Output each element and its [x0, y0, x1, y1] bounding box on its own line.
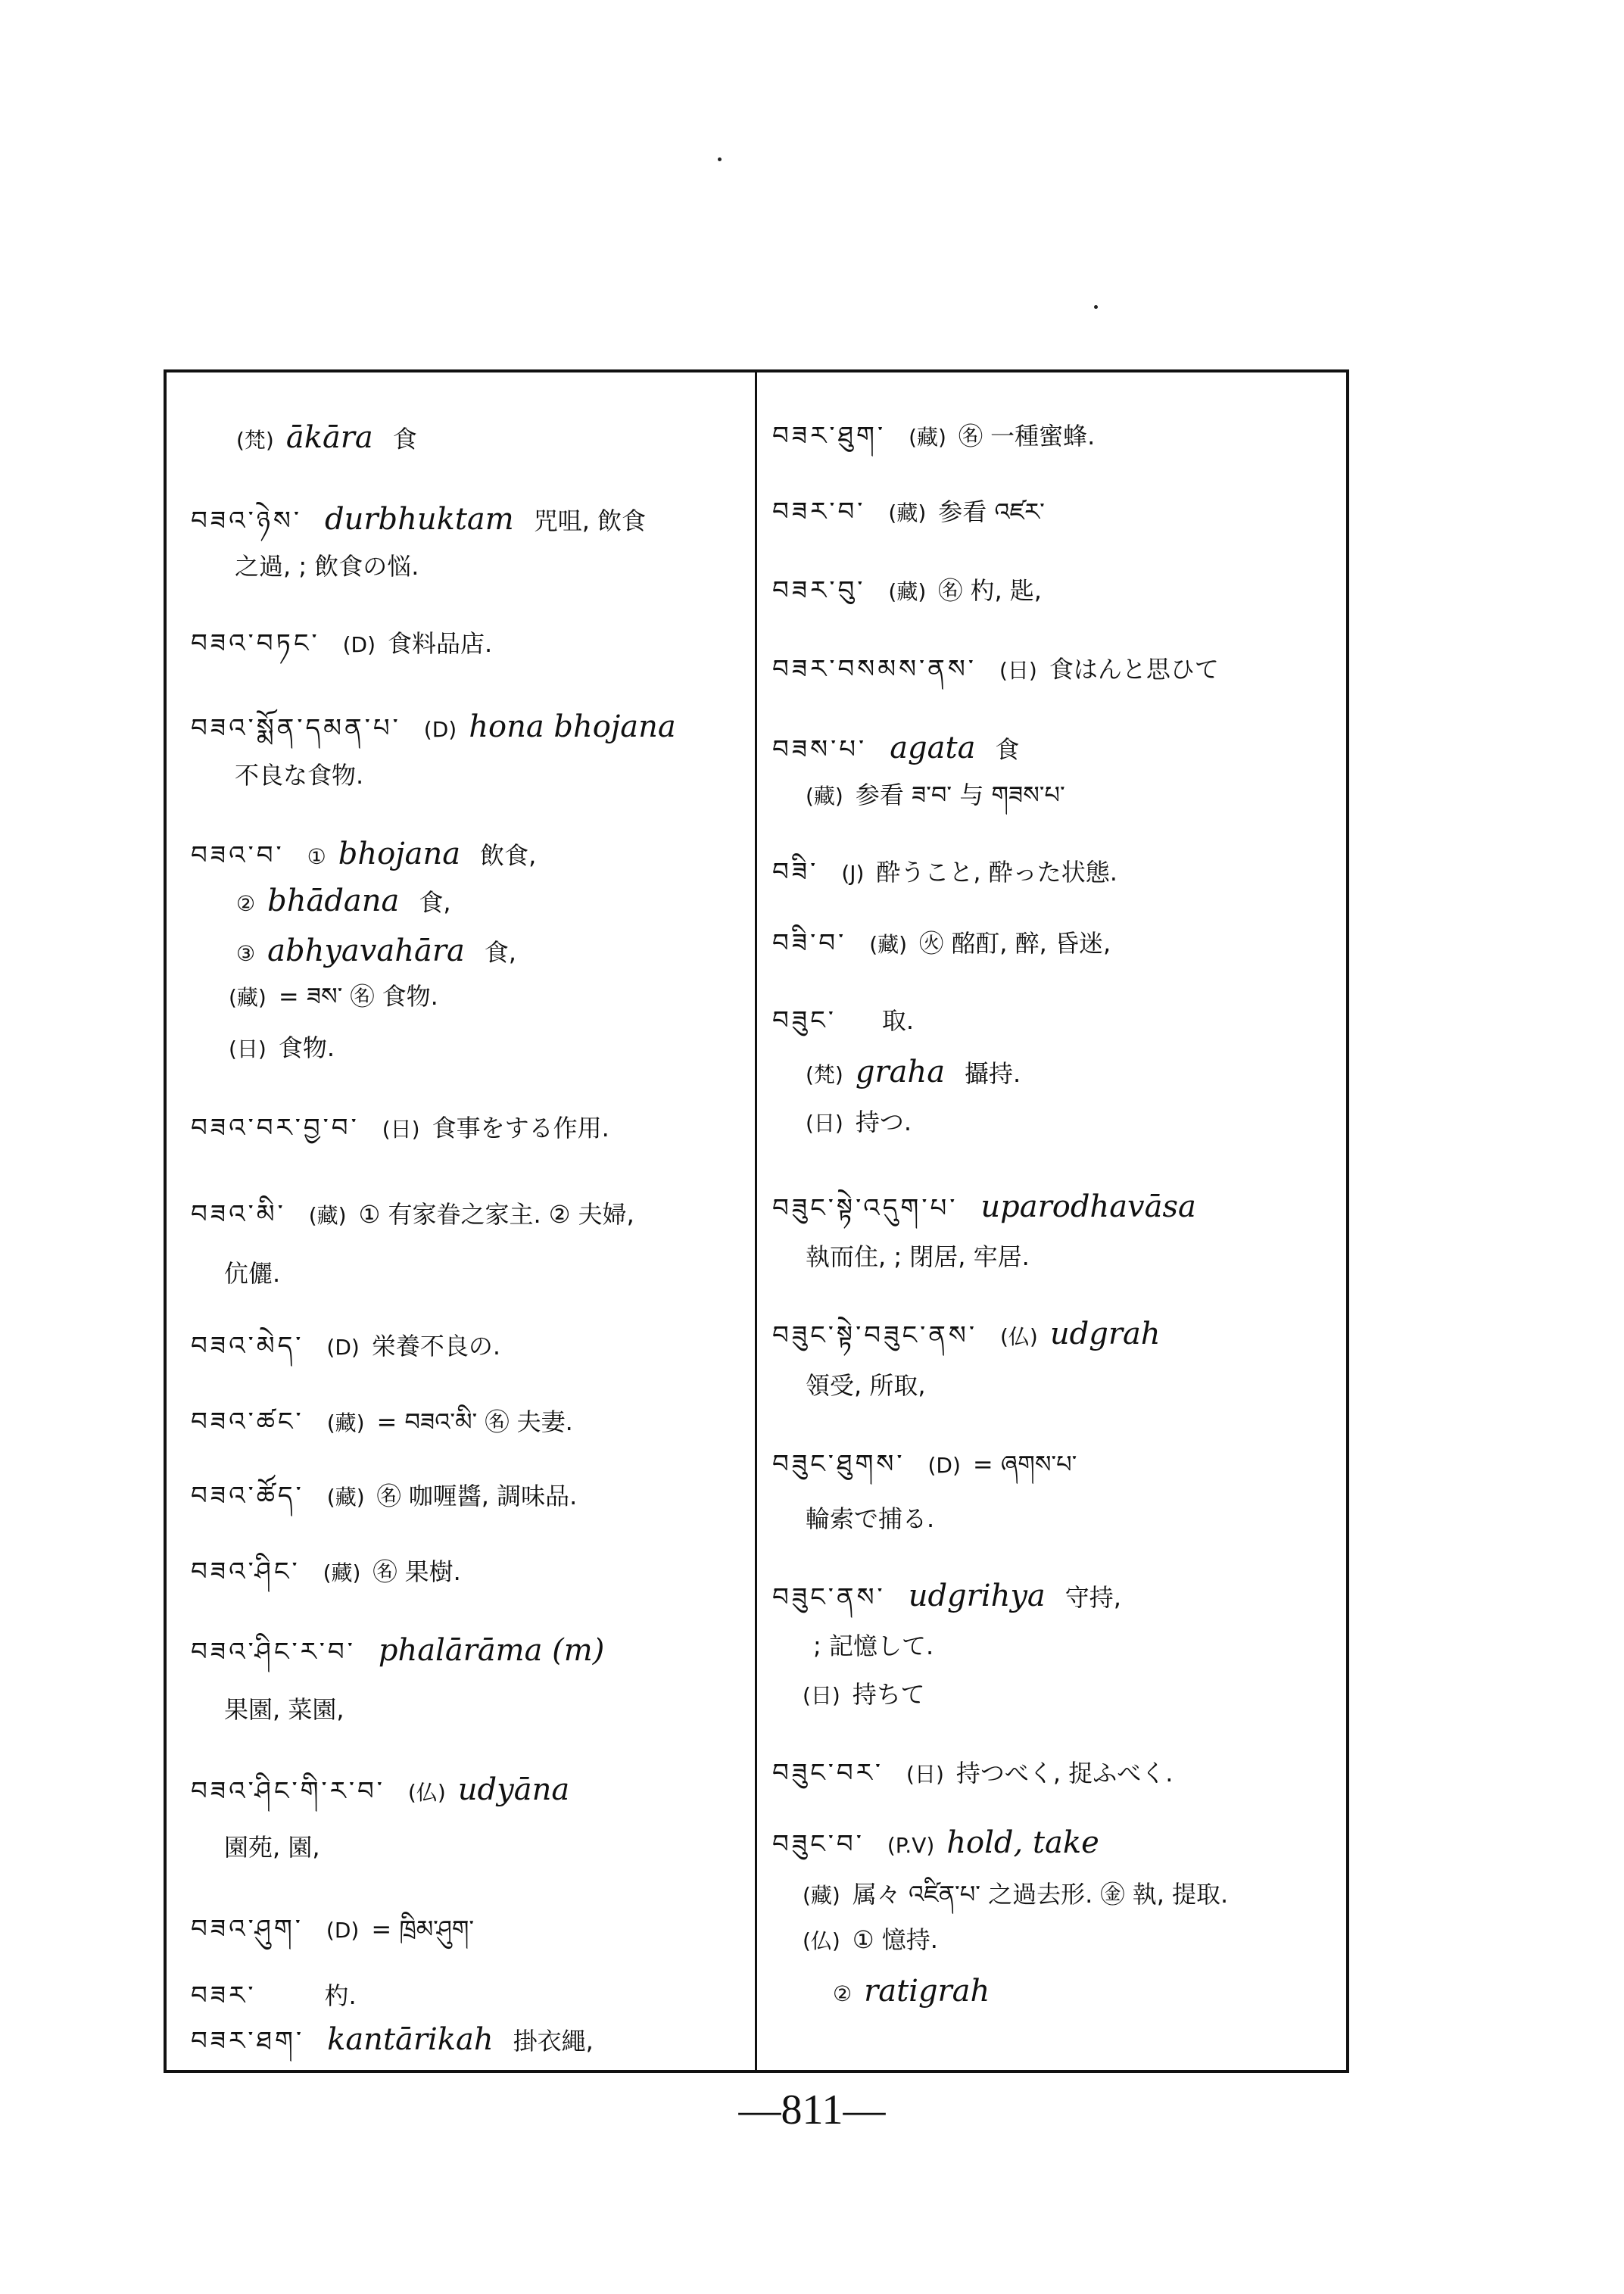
- gloss: ① 憶持.: [853, 1925, 938, 1954]
- tibetan-headword: བཟུང་སྟེ་བཟུང་ནས་: [772, 1320, 977, 1351]
- tibetan-headword: བཟའ་བ་: [191, 840, 285, 871]
- entry-line: བཟི་བ་(藏)㊋ 酩酊, 醉, 昏迷,: [772, 925, 1111, 963]
- entry-line: བཟའ་ཚང་(藏)= བཟའ་མི་ ㊔ 夫妻.: [191, 1404, 573, 1442]
- tibetan-headword: བཟའ་བཏང་: [191, 628, 320, 659]
- entry-tag: ③: [236, 941, 255, 966]
- gloss: 属々 འཛིན་པ་ 之過去形. ㊎ 執, 提取.: [853, 1880, 1228, 1909]
- entry-line: 輪索で捕る.: [806, 1501, 934, 1537]
- entry-tag: (藏): [309, 1203, 347, 1228]
- entry-line: བཟུང་བར་(日)持つべく, 捉ふべく.: [772, 1755, 1173, 1793]
- tibetan-headword: བཟི་: [772, 857, 818, 887]
- entry-tag: (藏): [327, 1410, 365, 1435]
- sanskrit-term: hold, take: [946, 1825, 1099, 1860]
- sanskrit-term: ākāra: [286, 420, 373, 455]
- entry-line: 領受, 所取,: [806, 1367, 926, 1404]
- entry-tag: (梵): [236, 428, 274, 453]
- entry-line: ②bhādana食,: [236, 883, 451, 922]
- sanskrit-term: phalārāma (m): [379, 1633, 604, 1668]
- tibetan-headword: བཟར་ཐུག་: [772, 421, 886, 451]
- entry-line: 果園, 菜園,: [224, 1691, 344, 1728]
- entry-line: (仏)① 憶持.: [803, 1922, 938, 1959]
- entry-tag: (藏): [909, 425, 946, 450]
- entry-line: (梵)ākāra食: [236, 419, 417, 459]
- gloss: 食事をする作用.: [432, 1114, 609, 1142]
- entry-line: བཟའ་ཤིང་གི་ར་བ་(仏)udyāna: [191, 1772, 589, 1811]
- sanskrit-term: durbhuktam: [325, 502, 514, 537]
- gloss: 咒咀, 飲食: [534, 506, 646, 535]
- gloss: 食,: [419, 888, 450, 917]
- gloss: 杓.: [324, 1981, 356, 2010]
- tibetan-headword: བཟུང་སྟེ་འདུག་པ་: [772, 1193, 958, 1223]
- entry-line: བཟུང་བ་(P.V)hold, take: [772, 1825, 1119, 1864]
- entry-line: བཟའ་སྨོན་དམན་པ་(D)hona bhojana: [191, 709, 696, 748]
- tibetan-headword: བཟའ་ཚང་: [191, 1407, 304, 1437]
- entry-line: (日)持つ.: [806, 1104, 912, 1142]
- entry-tag: (日): [999, 658, 1037, 683]
- entry-line: (梵)graha攝持.: [806, 1054, 1021, 1093]
- tibetan-headword: བཟའ་ཚོད་: [191, 1481, 304, 1511]
- gloss: 持つべく, 捉ふべく.: [956, 1759, 1174, 1788]
- entry-line: (藏)属々 འཛིན་པ་ 之過去形. ㊎ 執, 提取.: [803, 1876, 1228, 1914]
- tibetan-headword: བཟུང་ཐུགས་: [772, 1449, 905, 1479]
- entry-tag: (仏): [1000, 1324, 1038, 1349]
- sanskrit-term: hona bhojana: [469, 709, 675, 744]
- gloss: 攝持.: [965, 1059, 1021, 1088]
- gloss: 取.: [882, 1006, 914, 1035]
- sanskrit-term: udgrah: [1050, 1317, 1161, 1351]
- dictionary-page-frame: (梵)ākāra食 བཟའ་ཉེས་durbhuktam咒咀, 飲食 之過, ;…: [164, 369, 1349, 2073]
- gloss: 食: [995, 735, 1019, 764]
- sanskrit-term: bhojana: [338, 837, 460, 871]
- gloss: 食料品店.: [388, 629, 492, 658]
- sanskrit-term: uparodhavāsa: [980, 1189, 1195, 1224]
- entry-tag: ①: [307, 844, 326, 869]
- entry-line: (日)持ちて: [803, 1676, 925, 1714]
- entry-tag: (D): [326, 1918, 359, 1943]
- entry-tag: (藏): [327, 1485, 365, 1510]
- entry-line: (藏)参看 ཟ་བ་ 与 གཟས་པ་: [806, 777, 1065, 815]
- entry-tag: (日): [806, 1111, 843, 1136]
- entry-line: 伉儷.: [224, 1255, 280, 1292]
- tibetan-headword: བཟའ་ཤིང་གི་ར་བ་: [191, 1776, 385, 1806]
- gloss: ① 有家眷之家主. ② 夫婦,: [359, 1200, 634, 1229]
- entry-line: བཟི་(J)酔うこと, 酔った状態.: [772, 854, 1117, 892]
- gloss: 食: [393, 425, 417, 454]
- gloss: 不良な食物.: [235, 761, 363, 790]
- entry-tag: (藏): [229, 985, 267, 1010]
- gloss: 持つ.: [856, 1108, 912, 1136]
- gloss: = ཟས་ ㊔ 食物.: [279, 982, 438, 1011]
- entry-line: བཟར་ཐག་kantārikah掛衣繩,: [191, 2021, 594, 2059]
- entry-tag: ②: [833, 1981, 852, 2006]
- entry-line: བཟའ་བར་བྱ་བ་(日)食事をする作用.: [191, 1110, 609, 1148]
- entry-line: 執而住, ; 閉居, 牢居.: [806, 1239, 1030, 1275]
- entry-tag: (藏): [888, 500, 926, 525]
- entry-line: ②ratigrah: [833, 1973, 1009, 2012]
- gloss: 持ちて: [853, 1680, 925, 1709]
- gloss: ㊋ 酩酊, 醉, 昏迷,: [919, 929, 1111, 958]
- entry-line: བཟུང་སྟེ་བཟུང་ནས་(仏)udgrah: [772, 1316, 1180, 1355]
- entry-line: བཟའ་ཤིང་ར་བ་phalārāma (m): [191, 1632, 624, 1670]
- entry-tag: (D): [424, 717, 457, 742]
- entry-tag: (梵): [806, 1062, 843, 1087]
- gloss: 輪索で捕る.: [806, 1504, 934, 1533]
- tibetan-headword: བཟའ་མེད་: [191, 1331, 304, 1361]
- entry-line: ③abhyavahāra食,: [236, 933, 516, 972]
- tibetan-headword: བཟའ་མི་: [191, 1199, 286, 1230]
- entry-line: བཟས་པ་agata食: [772, 730, 1019, 768]
- scan-speck: [718, 157, 722, 161]
- entry-tag: (日): [229, 1036, 267, 1061]
- gloss: ㊔ 咖喱醬, 調味品.: [377, 1482, 578, 1510]
- entry-tag: (P.V): [887, 1833, 934, 1858]
- entry-tag: (日): [382, 1117, 420, 1142]
- gloss: 園苑, 園,: [224, 1833, 320, 1862]
- tibetan-headword: བཟུང་: [772, 1005, 837, 1036]
- entry-tag: (藏): [888, 579, 926, 604]
- entry-line: བཟའ་ཤུག་(D)= ཁྲིམ་ཤུག་: [191, 1911, 474, 1949]
- entry-line: 之過, ; 飲食の悩.: [235, 548, 419, 584]
- gloss: 食,: [485, 938, 516, 967]
- tibetan-headword: བཟར་བུ་: [772, 575, 865, 606]
- tibetan-headword: བཟར་: [191, 1981, 256, 2011]
- entry-line: བཟའ་མེད་(D)栄養不良の.: [191, 1328, 500, 1366]
- entry-tag: (藏): [803, 1883, 840, 1908]
- entry-line: བཟའ་མི་(藏)① 有家眷之家主. ② 夫婦,: [191, 1196, 634, 1234]
- tibetan-headword: བཟུང་བར་: [772, 1758, 884, 1788]
- entry-tag: (仏): [803, 1928, 840, 1953]
- sanskrit-term: abhyavahāra: [267, 933, 465, 968]
- gloss: 掛衣繩,: [513, 2027, 594, 2056]
- tibetan-headword: བཟའ་ཉེས་: [191, 506, 302, 536]
- tibetan-headword: བཟའ་ཤུག་: [191, 1914, 304, 1944]
- entry-tag: (日): [906, 1762, 944, 1787]
- entry-line: བཟའ་ཉེས་durbhuktam咒咀, 飲食: [191, 501, 646, 539]
- gloss: 酔うこと, 酔った状態.: [876, 858, 1117, 887]
- page-number: —811—: [0, 2086, 1624, 2134]
- entry-line: (藏)= ཟས་ ㊔ 食物.: [229, 978, 438, 1016]
- entry-tag: (仏): [408, 1780, 446, 1805]
- entry-line: བཟའ་ཤིང་(藏)㊔ 果樹.: [191, 1554, 461, 1591]
- gloss: 食物.: [279, 1033, 335, 1062]
- tibetan-headword: བཟར་བསམས་ནས་: [772, 654, 977, 684]
- gloss: 執而住, ; 閉居, 牢居.: [806, 1242, 1030, 1271]
- entry-line: བཟར་杓.: [191, 1978, 357, 2014]
- tibetan-headword: བཟུང་ནས་: [772, 1582, 886, 1613]
- entry-tag: ②: [236, 891, 255, 916]
- tibetan-headword: བཟའ་ཤིང་: [191, 1557, 301, 1587]
- gloss: 果園, 菜園,: [224, 1695, 344, 1724]
- entry-tag: (D): [343, 632, 376, 657]
- entry-line: ; 記憶して.: [813, 1628, 934, 1664]
- gloss: ㊔ 一種蜜蜂.: [959, 422, 1095, 450]
- tibetan-headword: བཟར་ཐག་: [191, 2026, 304, 2056]
- gloss: 食はんと思ひて: [1049, 655, 1219, 684]
- entry-tag: (D): [326, 1335, 359, 1360]
- sanskrit-term: bhādana: [267, 884, 399, 918]
- sanskrit-term: kantārikah: [327, 2022, 494, 2057]
- entry-tag: (日): [803, 1683, 840, 1708]
- gloss: 守持,: [1065, 1583, 1121, 1612]
- sanskrit-term: ratigrah: [864, 1974, 990, 2009]
- gloss: 伉儷.: [224, 1259, 280, 1288]
- sanskrit-term: udgrihya: [909, 1579, 1046, 1613]
- entry-tag: (D): [927, 1453, 960, 1478]
- left-column: (梵)ākāra食 བཟའ་ཉེས་durbhuktam咒咀, 飲食 之過, ;…: [167, 372, 755, 2070]
- gloss: = ཞགས་པ་: [973, 1450, 1077, 1479]
- gloss: 領受, 所取,: [806, 1371, 926, 1400]
- entry-line: བཟའ་བཏང་(D)食料品店.: [191, 625, 492, 663]
- tibetan-headword: བཟར་བ་: [772, 497, 865, 527]
- entry-line: བཟར་བསམས་ནས་(日)食はんと思ひて: [772, 651, 1219, 689]
- tibetan-headword: བཟའ་ཤིང་ར་བ་: [191, 1637, 356, 1667]
- gloss: = ཁྲིམ་ཤུག་: [371, 1915, 474, 1943]
- entry-tag: (藏): [323, 1560, 361, 1585]
- entry-line: བཟུང་取.: [772, 1002, 914, 1039]
- gloss: = བཟའ་མི་ ㊔ 夫妻.: [377, 1407, 573, 1436]
- right-column: བཟར་ཐུག་(藏)㊔ 一種蜜蜂. བཟར་བ་(藏)参看 འཛར་ བཟར་…: [757, 372, 1348, 2070]
- gloss: 之過, ; 飲食の悩.: [235, 552, 419, 581]
- gloss: 参看 འཛར་: [938, 497, 1045, 526]
- entry-line: བཟའ་བ་①bhojana飲食,: [191, 836, 536, 875]
- tibetan-headword: བཟའ་བར་བྱ་བ་: [191, 1113, 360, 1143]
- entry-line: བཟུང་ནས་udgrihya守持,: [772, 1578, 1121, 1616]
- gloss: 参看 ཟ་བ་ 与 གཟས་པ་: [856, 781, 1065, 809]
- tibetan-headword: བཟུང་བ་: [772, 1829, 865, 1859]
- tibetan-headword: བཟས་པ་: [772, 734, 867, 765]
- sanskrit-term: graha: [856, 1055, 945, 1089]
- entry-line: བཟའ་ཚོད་(藏)㊔ 咖喱醬, 調味品.: [191, 1478, 577, 1516]
- sanskrit-term: udyāna: [458, 1772, 569, 1807]
- scan-speck: [1094, 305, 1098, 309]
- gloss: 栄養不良の.: [372, 1332, 500, 1361]
- entry-line: 園苑, 園,: [224, 1829, 320, 1865]
- gloss: ㊔ 果樹.: [372, 1557, 460, 1586]
- entry-line: བཟུང་སྟེ་འདུག་པ་uparodhavāsa: [772, 1189, 1216, 1226]
- entry-tag: (J): [841, 861, 864, 886]
- entry-line: 不良な食物.: [235, 757, 363, 793]
- gloss: ; 記憶して.: [813, 1632, 934, 1660]
- entry-line: བཟུང་ཐུགས་(D)= ཞགས་པ་: [772, 1446, 1077, 1484]
- entry-line: བཟར་བ་(藏)参看 འཛར་: [772, 494, 1045, 531]
- gloss: ㊔ 杓, 匙,: [938, 576, 1042, 605]
- tibetan-headword: བཟའ་སྨོན་དམན་པ་: [191, 713, 401, 743]
- entry-tag: (藏): [806, 784, 843, 809]
- entry-line: བཟར་ཐུག་(藏)㊔ 一種蜜蜂.: [772, 418, 1095, 456]
- tibetan-headword: བཟི་བ་: [772, 928, 846, 958]
- entry-tag: (藏): [869, 932, 907, 957]
- sanskrit-term: agata: [890, 731, 975, 765]
- gloss: 飲食,: [480, 841, 536, 870]
- entry-line: བཟར་བུ་(藏)㊔ 杓, 匙,: [772, 572, 1042, 610]
- entry-line: (日)食物.: [229, 1030, 335, 1068]
